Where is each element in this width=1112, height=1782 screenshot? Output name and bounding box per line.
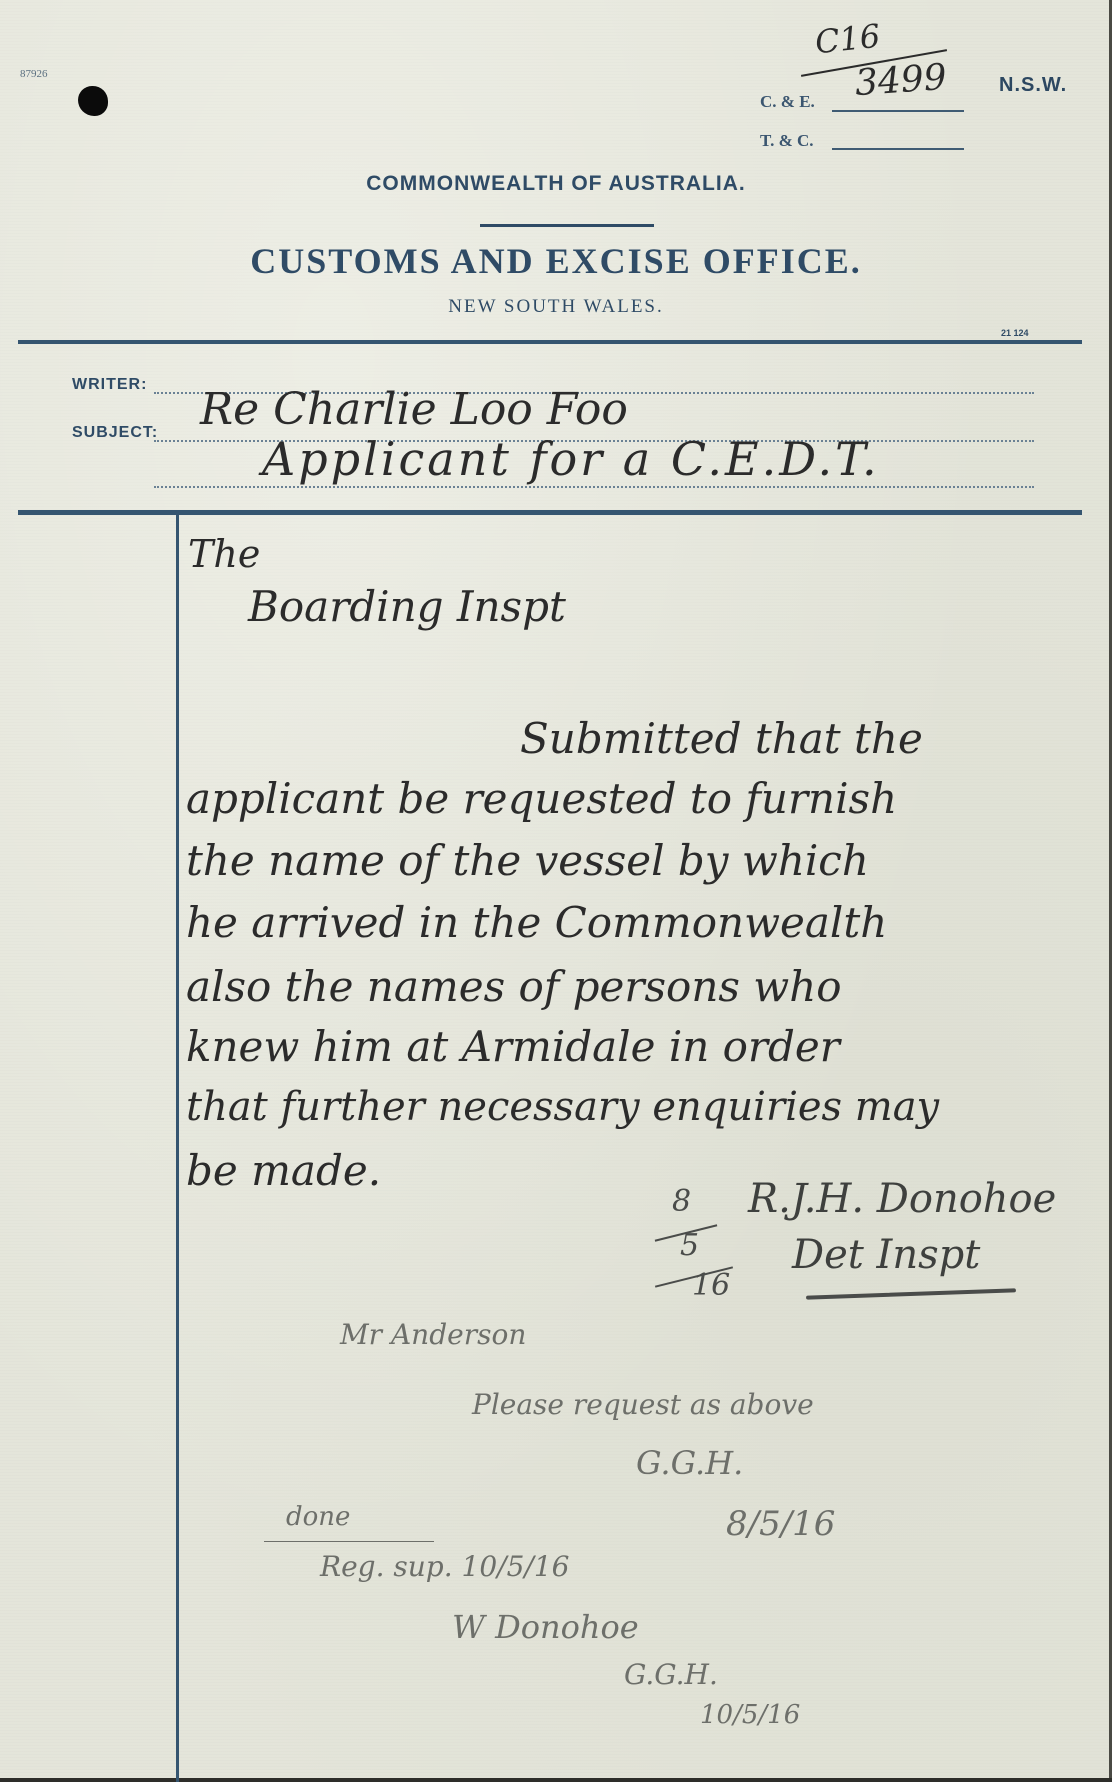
margin-rule — [176, 512, 179, 1782]
printer-code: 21 124 — [1001, 328, 1029, 338]
signature-title: Det Inspt — [792, 1232, 980, 1278]
writer-label: WRITER: — [72, 376, 147, 394]
page-title: CUSTOMS AND EXCISE OFFICE. — [0, 240, 1112, 282]
tc-label: T. & C. — [760, 131, 814, 151]
minute-initials: G.G.H. — [636, 1444, 743, 1482]
reference-handwritten-top: C16 — [813, 17, 882, 62]
subject-text-line1: Re Charlie Loo Foo — [200, 384, 628, 435]
date-day: 8 — [672, 1184, 691, 1219]
body-line-5: also the names of persons who — [186, 962, 842, 1011]
ce-line — [832, 110, 964, 112]
done-note: Reg. sup. 10/5/16 — [320, 1550, 569, 1583]
minute-date: 8/5/16 — [726, 1504, 835, 1544]
subject-text-line2: Applicant for a C.E.D.T. — [262, 432, 880, 486]
header-subtitle: NEW SOUTH WALES. — [0, 296, 1112, 318]
addressee-line2: Boarding Inspt — [248, 582, 566, 631]
done-underline — [264, 1541, 434, 1542]
minute-text: Please request as above — [472, 1388, 814, 1421]
header-rule — [480, 224, 654, 227]
form-number: 87926 — [20, 68, 48, 80]
date-year: 16 — [692, 1268, 730, 1303]
ce-label: C. & E. — [760, 92, 815, 112]
done-signature: W Donohoe — [452, 1608, 639, 1646]
addressee-line1: The — [188, 532, 260, 576]
done-label: done — [286, 1502, 350, 1532]
signature-underline — [806, 1288, 1016, 1299]
final-date: 10/5/16 — [700, 1700, 800, 1730]
subject-label: SUBJECT: — [72, 424, 158, 442]
body-line-3: the name of the vessel by which — [186, 836, 869, 885]
punch-hole — [78, 86, 108, 116]
tc-line — [832, 148, 964, 150]
body-line-2: applicant be requested to furnish — [186, 774, 897, 823]
region-badge: N.S.W. — [999, 74, 1067, 97]
final-initials: G.G.H. — [624, 1658, 718, 1691]
date-month: 5 — [680, 1228, 699, 1263]
minute-addressee: Mr Anderson — [340, 1318, 526, 1351]
body-line-1: Submitted that the — [520, 714, 923, 763]
body-line-7: that further necessary enquiries may — [186, 1084, 939, 1130]
header-divider — [18, 340, 1082, 344]
subject-line-2 — [154, 486, 1034, 489]
body-line-4: he arrived in the Commonwealth — [186, 898, 887, 947]
header-line1: COMMONWEALTH OF AUSTRALIA. — [0, 172, 1112, 196]
body-line-6: knew him at Armidale in order — [186, 1022, 840, 1071]
reference-handwritten-bottom: 3499 — [854, 57, 948, 104]
page-bottom-edge — [0, 1778, 1112, 1782]
body-line-8: be made. — [186, 1146, 381, 1195]
signature: R.J.H. Donohoe — [748, 1176, 1056, 1222]
